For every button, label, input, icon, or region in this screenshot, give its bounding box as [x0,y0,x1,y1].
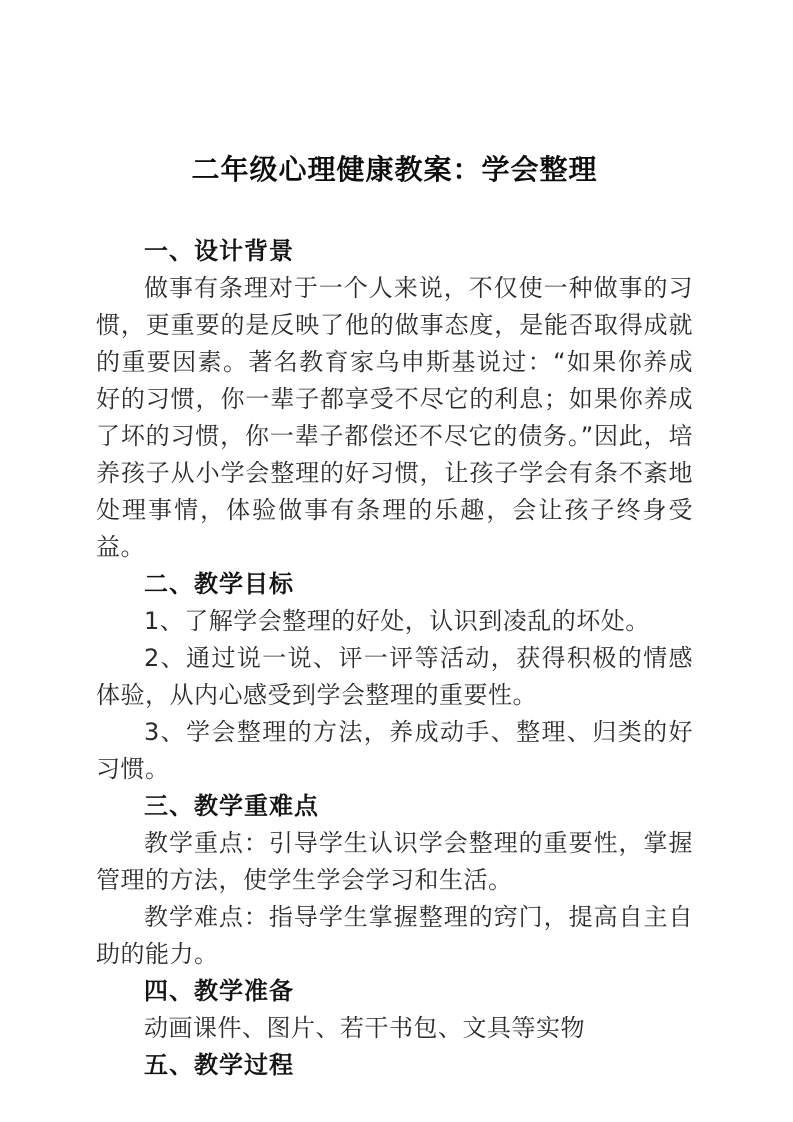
section-teaching-preparation: 四、教学准备 动画课件、图片、若干书包、文具等实物 [96,973,693,1047]
paragraph-preparation-materials: 动画课件、图片、若干书包、文具等实物 [96,1010,693,1047]
paragraph-key-point: 教学重点：引导学生认识学会整理的重要性，掌握管理的方法，使学生学会学习和生活。 [96,825,693,899]
section-key-difficult-points: 三、教学重难点 教学重点：引导学生认识学会整理的重要性，掌握管理的方法，使学生学… [96,788,693,973]
section-heading-teaching-process: 五、教学过程 [96,1047,693,1084]
section-heading-teaching-preparation: 四、教学准备 [96,973,693,1010]
paragraph-goal-3: 3、学会整理的方法，养成动手、整理、归类的好习惯。 [96,714,693,788]
section-heading-key-difficult-points: 三、教学重难点 [96,788,693,825]
document-page: 二年级心理健康教案：学会整理 一、设计背景 做事有条理对于一个人来说，不仅使一种… [0,0,793,1122]
paragraph-goal-1: 1、了解学会整理的好处，认识到凌乱的坏处。 [96,603,693,640]
paragraph-design-background: 做事有条理对于一个人来说，不仅使一种做事的习惯，更重要的是反映了他的做事态度，是… [96,270,693,566]
section-heading-teaching-goals: 二、教学目标 [96,566,693,603]
document-title: 二年级心理健康教案：学会整理 [96,150,693,190]
section-heading-design-background: 一、设计背景 [96,233,693,270]
paragraph-goal-2: 2、通过说一说、评一评等活动，获得积极的情感体验，从内心感受到学会整理的重要性。 [96,640,693,714]
paragraph-difficult-point: 教学难点：指导学生掌握整理的窍门，提高自主自助的能力。 [96,899,693,973]
section-teaching-process: 五、教学过程 [96,1047,693,1084]
section-teaching-goals: 二、教学目标 1、了解学会整理的好处，认识到凌乱的坏处。 2、通过说一说、评一评… [96,566,693,788]
section-design-background: 一、设计背景 做事有条理对于一个人来说，不仅使一种做事的习惯，更重要的是反映了他… [96,233,693,566]
